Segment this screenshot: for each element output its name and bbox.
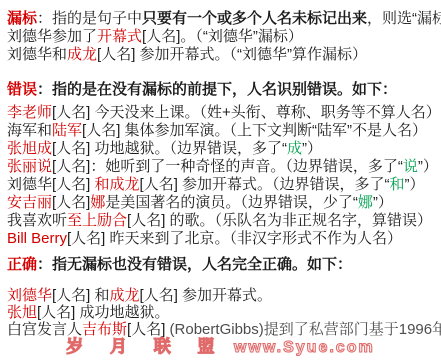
text-segment: 娜 [358,194,373,211]
watermark-site-name: 岁 月 联 盟 [66,337,225,356]
text-segment: [人名] 成功地越狱。 [37,304,170,321]
text-segment: 娜 [90,194,105,211]
text-segment: [人名] 昨天来到了北京。（非汉字形式不作为人名） [67,230,402,247]
text-segment: 李老师 [7,104,52,121]
text-segment: [人名] 今天没来上课。（姓+头衔、尊称、职务等不算人名） [52,104,441,121]
text-segment: [人名]：她听到了一种奇怪的声音。（边界错误，多了“ [52,158,403,175]
text-segment: 刘德华和 [7,46,67,63]
text-segment: [人名] [52,194,90,211]
error-example: Bill Berry[人名] 昨天来到了北京。（非汉字形式不作为人名） [7,230,441,248]
text-segment: 正确 [7,256,37,273]
error-example: 张旭成[人名] 功地越狱。（边界错误，多了“成”） [7,140,441,158]
error-example: 我喜欢听至上励合[人名] 的歌。（乐队名为非正规名字，算错误） [7,212,441,230]
error-definition: 错误：指的是在没有漏标的前提下，人名识别错误。如下： [7,81,441,99]
text-segment: ”） [302,140,322,157]
error-example: 安吉丽[人名]娜是美国著名的演员。（边界错误，少了“娜”） [7,194,441,212]
watermark: 岁 月 联 盟 www.Syue.com [0,332,441,357]
text-segment: ”） [405,176,425,193]
text-segment: 刘德华 [7,287,52,304]
section-error-heading: 错误：指的是在没有漏标的前提下，人名识别错误。如下： [7,81,441,99]
text-segment: [人名]。（“刘德华”漏标） [142,28,303,45]
text-segment: 成 [287,140,302,157]
section-error-examples: 李老师[人名] 今天没来上课。（姓+头衔、尊称、职务等不算人名） 海军和陆军[人… [7,104,441,248]
section-correct-examples: 刘德华[人名] 和成龙[人名] 参加开幕式。 张旭[人名] 成功地越狱。 白宫发… [7,287,441,338]
text-segment: 刘德华参加了 [7,28,97,45]
error-example: 海军和陆军[人名] 集体参加军演。（上下文判断“陆军”不是人名） [7,122,441,140]
text-segment: 陆军 [52,122,82,139]
text-segment: 至上励合 [67,212,127,229]
text-segment: 张旭成 [7,140,52,157]
text-segment: [人名] 集体参加军演。（上下文判断“陆军”不是人名） [82,122,427,139]
text-segment: 成龙 [110,287,140,304]
missing-label-example: 刘德华参加了开幕式[人名]。（“刘德华”漏标） [7,28,441,46]
text-segment: [人名] 功地越狱。（边界错误，多了“ [52,140,287,157]
text-segment: 张旭 [7,304,37,321]
text-segment: 成龙 [67,46,97,63]
text-segment: 张丽说 [7,158,52,175]
text-segment: ，则选“漏标” [367,10,441,27]
text-segment: [人名] 和 [52,287,110,304]
text-segment: ”） [418,158,438,175]
text-segment: Bill Berry [7,230,67,247]
text-segment: ”） [373,194,393,211]
watermark-site-url: www.Syue.com [234,339,375,356]
text-segment: 开幕式 [97,28,142,45]
error-example: 李老师[人名] 今天没来上课。（姓+头衔、尊称、职务等不算人名） [7,104,441,122]
text-segment: 安吉丽 [7,194,52,211]
error-example: 张丽说[人名]：她听到了一种奇怪的声音。（边界错误，多了“说”） [7,158,441,176]
annotation-guidelines-document: 漏标：指的是句子中只要有一个或多个人名未标记出来，则选“漏标” 刘德华参加了开幕… [0,0,441,338]
text-segment: 说 [403,158,418,175]
text-segment: 刘德华[人名] [7,176,95,193]
section-correct-heading: 正确：指无漏标也没有错误，人名完全正确。如下： [7,256,441,274]
text-segment: [人名] 参加开幕式。（边界错误，多了“ [140,176,390,193]
missing-label-definition: 漏标：指的是句子中只要有一个或多个人名未标记出来，则选“漏标” [7,10,441,28]
text-segment: 和成龙 [95,176,140,193]
text-segment: [人名] 参加开幕式。（“刘德华”算作漏标） [97,46,367,63]
text-segment: 和 [390,176,405,193]
text-segment: ：指的是句子中 [37,10,142,27]
text-segment: 是美国著名的演员。（边界错误，少了“ [105,194,358,211]
error-example: 刘德华[人名] 和成龙[人名] 参加开幕式。（边界错误，多了“和”） [7,176,441,194]
correct-example: 刘德华[人名] 和成龙[人名] 参加开幕式。 [7,287,441,304]
missing-label-example: 刘德华和成龙[人名] 参加开幕式。（“刘德华”算作漏标） [7,46,441,64]
text-segment: 海军和 [7,122,52,139]
text-segment: [人名] 参加开幕式。 [140,287,273,304]
text-segment: ：指无漏标也没有错误，人名完全正确。如下： [37,256,352,273]
text-segment: [人名] 的歌。（乐队名为非正规名字，算错误） [127,212,432,229]
text-segment: 漏标 [7,10,37,27]
section-missing-label: 漏标：指的是句子中只要有一个或多个人名未标记出来，则选“漏标” 刘德华参加了开幕… [7,10,441,64]
correct-example: 张旭[人名] 成功地越狱。 [7,304,441,321]
text-segment: 我喜欢听 [7,212,67,229]
text-segment: 错误 [7,81,37,98]
correct-definition: 正确：指无漏标也没有错误，人名完全正确。如下： [7,256,441,274]
text-segment: ：指的是在没有漏标的前提下，人名识别错误。如下： [37,81,397,98]
text-segment: 只要有一个或多个人名未标记出来 [142,10,367,27]
